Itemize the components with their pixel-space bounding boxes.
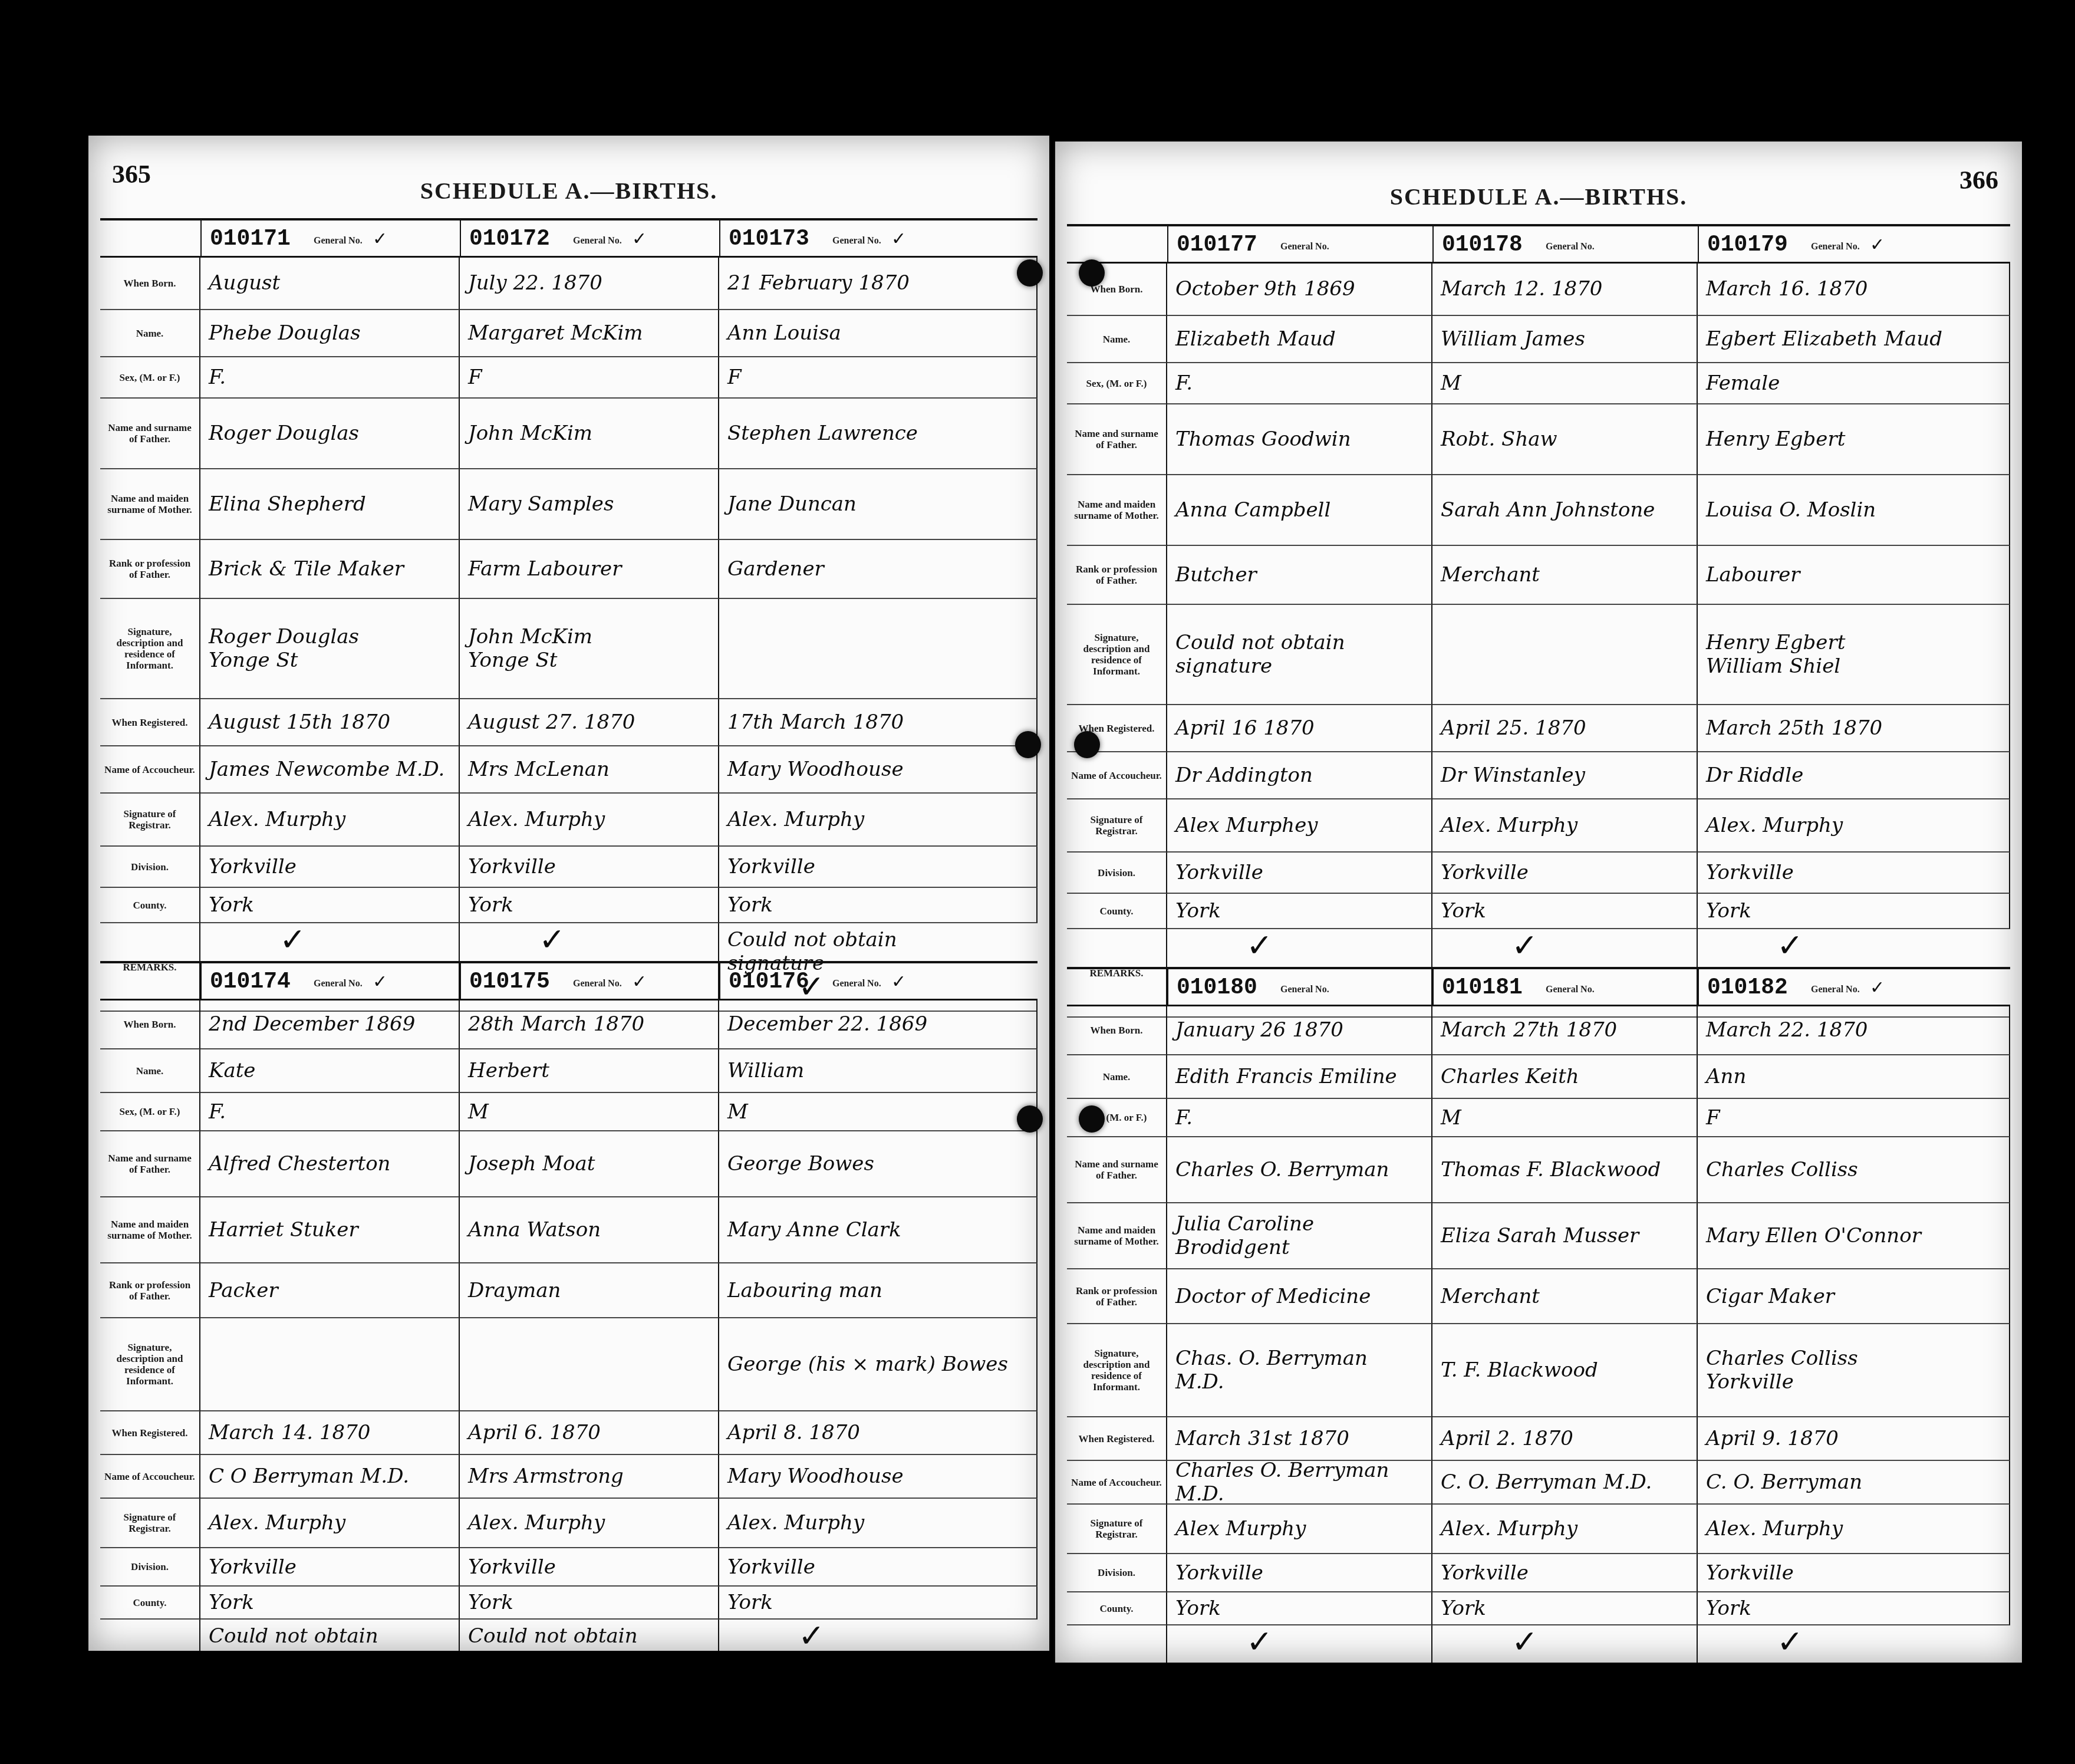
cell-name: Herbert xyxy=(460,1049,719,1093)
cell-remarks: ✓ xyxy=(719,1620,1037,1651)
cell-when-registered: April 16 1870 xyxy=(1167,705,1432,752)
row-label-county: County. xyxy=(100,1587,200,1620)
cell-when-born: 2nd December 1869 xyxy=(200,1000,460,1049)
cell-name: Phebe Douglas xyxy=(200,310,460,357)
row-label-father: Name and surname of Father. xyxy=(100,1131,200,1197)
cell-father: John McKim xyxy=(460,399,719,469)
register-grid: When Born.AugustJuly 22. 187021 February… xyxy=(100,257,1037,957)
cell-father-profession: Merchant xyxy=(1432,546,1698,605)
register-section: 010174General No.✓010175General No.✓0101… xyxy=(100,961,1037,1641)
row-label-accoucheur: Name of Accoucheur. xyxy=(100,746,200,794)
row-label-father-profession: Rank or profession of Father. xyxy=(100,540,200,599)
general-number-spacer xyxy=(100,220,200,256)
remarks-text: Could not obtain signature xyxy=(209,1624,378,1651)
cell-when-registered: August 15th 1870 xyxy=(200,699,460,746)
row-label-father: Name and surname of Father. xyxy=(100,399,200,469)
check-mark-icon: ✓ xyxy=(891,229,906,249)
general-number-row: 010171General No.✓010172General No.✓0101… xyxy=(100,220,1037,258)
cell-accoucheur: C. O. Berryman xyxy=(1698,1461,2010,1505)
cell-father-profession: Labourer xyxy=(1698,546,2010,605)
cell-accoucheur: Dr Winstanley xyxy=(1432,752,1698,799)
row-label-mother: Name and maiden surname of Mother. xyxy=(1067,1203,1167,1269)
cell-when-registered: March 14. 1870 xyxy=(200,1411,460,1455)
cell-name: Kate xyxy=(200,1049,460,1093)
register-grid: When Born.October 9th 1869March 12. 1870… xyxy=(1067,263,2010,963)
cell-father: Charles Colliss xyxy=(1698,1137,2010,1203)
cell-when-registered: March 25th 1870 xyxy=(1698,705,2010,752)
row-label-informant: Signature, description and residence of … xyxy=(1067,605,1167,705)
general-number: 010182 xyxy=(1707,975,1788,1001)
row-label-registrar: Signature of Registrar. xyxy=(100,794,200,847)
general-number: 010171 xyxy=(210,226,291,252)
general-number: 010175 xyxy=(469,969,550,995)
cell-accoucheur: Charles O. Berryman M.D. xyxy=(1167,1461,1432,1505)
row-label-sex: Sex, (M. or F.) xyxy=(100,1093,200,1131)
cell-father: George Bowes xyxy=(719,1131,1037,1197)
cell-name: William xyxy=(719,1049,1037,1093)
cell-division: Yorkville xyxy=(1432,1554,1698,1592)
cell-when-born: March 16. 1870 xyxy=(1698,263,2010,316)
cell-when-born: 28th March 1870 xyxy=(460,1000,719,1049)
row-label-accoucheur: Name of Accoucheur. xyxy=(1067,752,1167,799)
cell-mother: Mary Samples xyxy=(460,469,719,540)
cell-name: William James xyxy=(1432,316,1698,363)
cell-father: Thomas Goodwin xyxy=(1167,404,1432,475)
cell-registrar: Alex Murphy xyxy=(1167,1505,1432,1554)
cell-division: Yorkville xyxy=(1432,853,1698,894)
general-number-row: 010174General No.✓010175General No.✓0101… xyxy=(100,963,1037,1001)
cell-informant: T. F. Blackwood xyxy=(1432,1324,1698,1417)
remarks-text: Could not obtain signature xyxy=(468,1624,638,1651)
cell-remarks: ✓ xyxy=(1167,1625,1432,1663)
cell-accoucheur: Mary Woodhouse xyxy=(719,1455,1037,1499)
cell-when-registered: April 25. 1870 xyxy=(1432,705,1698,752)
cell-accoucheur: Dr Addington xyxy=(1167,752,1432,799)
cell-when-registered: April 8. 1870 xyxy=(719,1411,1037,1455)
cell-sex: F. xyxy=(1167,1099,1432,1137)
cell-father-profession: Drayman xyxy=(460,1263,719,1318)
cell-when-born: August xyxy=(200,257,460,310)
cell-father: Alfred Chesterton xyxy=(200,1131,460,1197)
cell-informant: George (his × mark) Bowes xyxy=(719,1318,1037,1411)
check-mark-icon: ✓ xyxy=(891,972,906,992)
cell-sex: M xyxy=(719,1093,1037,1131)
row-label-registrar: Signature of Registrar. xyxy=(1067,799,1167,853)
cell-informant: Roger Douglas Yonge St xyxy=(200,599,460,699)
row-label-remarks: REMARKS. xyxy=(1067,1625,1167,1663)
cell-county: York xyxy=(1167,894,1432,929)
cell-mother: Mary Ellen O'Connor xyxy=(1698,1203,2010,1269)
row-label-informant: Signature, description and residence of … xyxy=(100,1318,200,1411)
row-label-father-profession: Rank or profession of Father. xyxy=(100,1263,200,1318)
cell-county: York xyxy=(1698,894,2010,929)
cell-registrar: Alex. Murphy xyxy=(1432,799,1698,853)
cell-father-profession: Gardener xyxy=(719,540,1037,599)
cell-when-registered: April 9. 1870 xyxy=(1698,1417,2010,1461)
row-label-father: Name and surname of Father. xyxy=(1067,404,1167,475)
check-mark-icon: ✓ xyxy=(632,972,647,992)
general-number-cell: 010174General No.✓ xyxy=(200,963,460,999)
cell-registrar: Alex. Murphy xyxy=(719,1499,1037,1548)
cell-when-born: October 9th 1869 xyxy=(1167,263,1432,316)
cell-registrar: Alex. Murphy xyxy=(200,794,460,847)
row-label-name: Name. xyxy=(100,1049,200,1093)
register-section: 010177General No.010178General No.010179… xyxy=(1067,224,2010,963)
row-label-mother: Name and maiden surname of Mother. xyxy=(1067,475,1167,546)
general-number: 010181 xyxy=(1442,975,1523,1001)
general-number-label: General No. xyxy=(1280,242,1329,252)
cell-informant: Henry Egbert William Shiel xyxy=(1698,605,2010,705)
cell-county: York xyxy=(200,888,460,923)
cell-county: York xyxy=(1167,1592,1432,1625)
row-label-when-born: When Born. xyxy=(100,1000,200,1049)
cell-sex: Female xyxy=(1698,363,2010,404)
general-number: 010179 xyxy=(1707,232,1788,258)
row-label-name: Name. xyxy=(1067,1055,1167,1099)
general-number: 010178 xyxy=(1442,232,1523,258)
check-mark-icon: ✓ xyxy=(1870,978,1885,998)
row-label-county: County. xyxy=(1067,894,1167,929)
cell-father-profession: Merchant xyxy=(1432,1269,1698,1324)
cell-when-born: 21 February 1870 xyxy=(719,257,1037,310)
cell-accoucheur: James Newcombe M.D. xyxy=(200,746,460,794)
cell-sex: F xyxy=(1698,1099,2010,1137)
cell-mother: Julia Caroline Brodidgent xyxy=(1167,1203,1432,1269)
binding-hole xyxy=(1074,731,1100,758)
general-number-label: General No. xyxy=(1280,985,1329,995)
row-label-name: Name. xyxy=(1067,316,1167,363)
cell-division: Yorkville xyxy=(200,1548,460,1587)
cell-father: Henry Egbert xyxy=(1698,404,2010,475)
general-number: 010176 xyxy=(729,969,809,995)
row-label-when-registered: When Registered. xyxy=(1067,1417,1167,1461)
cell-accoucheur: C O Berryman M.D. xyxy=(200,1455,460,1499)
general-number-cell: 010177General No. xyxy=(1167,226,1432,262)
general-number-spacer xyxy=(100,963,200,999)
general-number-cell: 010179General No.✓ xyxy=(1698,226,2010,262)
check-mark-icon: ✓ xyxy=(1511,1630,1538,1654)
row-label-informant: Signature, description and residence of … xyxy=(100,599,200,699)
binding-hole xyxy=(1017,259,1043,287)
cell-registrar: Alex. Murphy xyxy=(200,1499,460,1548)
cell-informant xyxy=(719,599,1037,699)
cell-registrar: Alex. Murphy xyxy=(1432,1505,1698,1554)
cell-mother: Elina Shepherd xyxy=(200,469,460,540)
cell-registrar: Alex. Murphy xyxy=(719,794,1037,847)
cell-name: Edith Francis Emiline xyxy=(1167,1055,1432,1099)
cell-division: Yorkville xyxy=(200,847,460,888)
cell-when-born: July 22. 1870 xyxy=(460,257,719,310)
row-label-accoucheur: Name of Accoucheur. xyxy=(1067,1461,1167,1505)
cell-accoucheur: Mary Woodhouse xyxy=(719,746,1037,794)
cell-registrar: Alex Murphey xyxy=(1167,799,1432,853)
cell-division: Yorkville xyxy=(460,1548,719,1587)
cell-county: York xyxy=(200,1587,460,1620)
cell-division: Yorkville xyxy=(1698,1554,2010,1592)
cell-remarks: Could not obtain signature✓ xyxy=(200,1620,460,1651)
right-page: 366SCHEDULE A.—BIRTHS.010177General No.0… xyxy=(1055,141,2022,1663)
row-label-accoucheur: Name of Accoucheur. xyxy=(100,1455,200,1499)
cell-father: Charles O. Berryman xyxy=(1167,1137,1432,1203)
check-mark-icon: ✓ xyxy=(1870,235,1885,255)
row-label-division: Division. xyxy=(1067,853,1167,894)
row-label-when-registered: When Registered. xyxy=(100,699,200,746)
cell-name: Ann Louisa xyxy=(719,310,1037,357)
cell-mother: Mary Anne Clark xyxy=(719,1197,1037,1263)
check-mark-icon: ✓ xyxy=(373,972,387,992)
cell-mother: Louisa O. Moslin xyxy=(1698,475,2010,546)
general-number-cell: 010181General No. xyxy=(1432,969,1698,1005)
cell-registrar: Alex. Murphy xyxy=(460,794,719,847)
binding-hole xyxy=(1017,1105,1043,1133)
general-number: 010173 xyxy=(729,226,809,252)
cell-sex: F. xyxy=(200,1093,460,1131)
cell-division: Yorkville xyxy=(460,847,719,888)
cell-county: York xyxy=(460,1587,719,1620)
cell-when-registered: August 27. 1870 xyxy=(460,699,719,746)
cell-sex: F. xyxy=(1167,363,1432,404)
binding-hole xyxy=(1079,1105,1105,1133)
cell-registrar: Alex. Murphy xyxy=(1698,1505,2010,1554)
cell-county: York xyxy=(719,888,1037,923)
row-label-father: Name and surname of Father. xyxy=(1067,1137,1167,1203)
general-number: 010177 xyxy=(1177,232,1257,258)
cell-father-profession: Brick & Tile Maker xyxy=(200,540,460,599)
check-mark-icon: ✓ xyxy=(632,229,647,249)
check-mark-icon: ✓ xyxy=(1777,1630,1803,1654)
row-label-when-registered: When Registered. xyxy=(100,1411,200,1455)
cell-accoucheur: C. O. Berryman M.D. xyxy=(1432,1461,1698,1505)
row-label-division: Division. xyxy=(100,1548,200,1587)
row-label-sex: Sex, (M. or F.) xyxy=(1067,363,1167,404)
cell-informant xyxy=(200,1318,460,1411)
cell-when-registered: 17th March 1870 xyxy=(719,699,1037,746)
general-number-label: General No. xyxy=(1811,985,1860,995)
cell-informant: Could not obtain signature xyxy=(1167,605,1432,705)
row-label-informant: Signature, description and residence of … xyxy=(1067,1324,1167,1417)
general-number-label: General No. xyxy=(314,236,363,246)
cell-remarks: ✓ xyxy=(1432,1625,1698,1663)
left-page: 365SCHEDULE A.—BIRTHS.010171General No.✓… xyxy=(88,136,1049,1651)
general-number-spacer xyxy=(1067,226,1167,262)
cell-division: Yorkville xyxy=(1167,1554,1432,1592)
cell-county: York xyxy=(460,888,719,923)
cell-father-profession: Farm Labourer xyxy=(460,540,719,599)
cell-father: Roger Douglas xyxy=(200,399,460,469)
cell-division: Yorkville xyxy=(1698,853,2010,894)
general-number-label: General No. xyxy=(573,979,622,989)
cell-sex: M xyxy=(460,1093,719,1131)
cell-informant: John McKim Yonge St xyxy=(460,599,719,699)
cell-name: Ann xyxy=(1698,1055,2010,1099)
general-number-cell: 010172General No.✓ xyxy=(460,220,719,256)
general-number: 010172 xyxy=(469,226,550,252)
cell-division: Yorkville xyxy=(719,1548,1037,1587)
general-number-cell: 010176General No.✓ xyxy=(719,963,1037,999)
general-number-row: 010177General No.010178General No.010179… xyxy=(1067,226,2010,264)
cell-when-born: March 27th 1870 xyxy=(1432,1006,1698,1055)
schedule-title: SCHEDULE A.—BIRTHS. xyxy=(88,177,1049,205)
cell-father-profession: Labouring man xyxy=(719,1263,1037,1318)
cell-informant xyxy=(1432,605,1698,705)
register-section: 010171General No.✓010172General No.✓0101… xyxy=(100,218,1037,957)
schedule-title: SCHEDULE A.—BIRTHS. xyxy=(1055,183,2022,210)
cell-informant xyxy=(460,1318,719,1411)
check-mark-icon: ✓ xyxy=(539,928,565,952)
cell-father: Joseph Moat xyxy=(460,1131,719,1197)
cell-father-profession: Cigar Maker xyxy=(1698,1269,2010,1324)
general-number-label: General No. xyxy=(573,236,622,246)
general-number-cell: 010178General No. xyxy=(1432,226,1698,262)
general-number-label: General No. xyxy=(1546,242,1595,252)
check-mark-icon: ✓ xyxy=(1777,934,1803,957)
cell-informant: Chas. O. Berryman M.D. xyxy=(1167,1324,1432,1417)
general-number-cell: 010175General No.✓ xyxy=(460,963,719,999)
cell-mother: Anna Campbell xyxy=(1167,475,1432,546)
cell-when-registered: April 2. 1870 xyxy=(1432,1417,1698,1461)
cell-mother: Eliza Sarah Musser xyxy=(1432,1203,1698,1269)
cell-county: York xyxy=(1432,1592,1698,1625)
cell-informant: Charles Colliss Yorkville xyxy=(1698,1324,2010,1417)
row-label-county: County. xyxy=(100,888,200,923)
general-number-label: General No. xyxy=(1811,242,1860,252)
cell-accoucheur: Mrs McLenan xyxy=(460,746,719,794)
general-number: 010180 xyxy=(1177,975,1257,1001)
cell-father: Robt. Shaw xyxy=(1432,404,1698,475)
general-number-label: General No. xyxy=(314,979,363,989)
cell-accoucheur: Dr Riddle xyxy=(1698,752,2010,799)
cell-when-born: March 12. 1870 xyxy=(1432,263,1698,316)
cell-name: Egbert Elizabeth Maud xyxy=(1698,316,2010,363)
row-label-mother: Name and maiden surname of Mother. xyxy=(100,469,200,540)
cell-name: Elizabeth Maud xyxy=(1167,316,1432,363)
check-mark-icon: ✓ xyxy=(373,229,387,249)
cell-sex: M xyxy=(1432,363,1698,404)
cell-father: Stephen Lawrence xyxy=(719,399,1037,469)
cell-father: Thomas F. Blackwood xyxy=(1432,1137,1698,1203)
cell-remarks: Could not obtain signature✓ xyxy=(460,1620,719,1651)
register-grid: When Born.2nd December 186928th March 18… xyxy=(100,1000,1037,1641)
cell-name: Charles Keith xyxy=(1432,1055,1698,1099)
row-label-division: Division. xyxy=(100,847,200,888)
row-label-sex: Sex, (M. or F.) xyxy=(100,357,200,399)
row-label-registrar: Signature of Registrar. xyxy=(100,1499,200,1548)
cell-sex: F xyxy=(460,357,719,399)
cell-county: York xyxy=(719,1587,1037,1620)
register-grid: When Born.January 26 1870March 27th 1870… xyxy=(1067,1006,2010,1647)
row-label-remarks: REMARKS. xyxy=(100,1620,200,1651)
row-label-when-born: When Born. xyxy=(100,257,200,310)
general-number-label: General No. xyxy=(832,979,881,989)
check-mark-icon: ✓ xyxy=(1511,934,1538,957)
check-mark-icon: ✓ xyxy=(279,928,306,952)
cell-father-profession: Packer xyxy=(200,1263,460,1318)
general-number-cell: 010180General No. xyxy=(1167,969,1432,1005)
cell-sex: F xyxy=(719,357,1037,399)
cell-when-registered: March 31st 1870 xyxy=(1167,1417,1432,1461)
cell-remarks: ✓ xyxy=(1698,1625,2010,1663)
general-number-cell: 010171General No.✓ xyxy=(200,220,460,256)
cell-accoucheur: Mrs Armstrong xyxy=(460,1455,719,1499)
row-label-registrar: Signature of Registrar. xyxy=(1067,1505,1167,1554)
general-number-label: General No. xyxy=(1546,985,1595,995)
general-number-cell: 010182General No.✓ xyxy=(1698,969,2010,1005)
cell-county: York xyxy=(1698,1592,2010,1625)
register-section: 010180General No.010181General No.010182… xyxy=(1067,967,2010,1647)
cell-mother: Sarah Ann Johnstone xyxy=(1432,475,1698,546)
cell-when-born: December 22. 1869 xyxy=(719,1000,1037,1049)
cell-division: Yorkville xyxy=(1167,853,1432,894)
cell-when-born: March 22. 1870 xyxy=(1698,1006,2010,1055)
cell-county: York xyxy=(1432,894,1698,929)
row-label-county: County. xyxy=(1067,1592,1167,1625)
cell-when-born: January 26 1870 xyxy=(1167,1006,1432,1055)
general-number-row: 010180General No.010181General No.010182… xyxy=(1067,969,2010,1006)
general-number-cell: 010173General No.✓ xyxy=(719,220,1037,256)
cell-registrar: Alex. Murphy xyxy=(1698,799,2010,853)
check-mark-icon: ✓ xyxy=(1246,1630,1273,1654)
cell-father-profession: Doctor of Medicine xyxy=(1167,1269,1432,1324)
cell-when-registered: April 6. 1870 xyxy=(460,1411,719,1455)
cell-father-profession: Butcher xyxy=(1167,546,1432,605)
row-label-division: Division. xyxy=(1067,1554,1167,1592)
binding-hole xyxy=(1015,731,1041,758)
general-number-spacer xyxy=(1067,969,1167,1005)
row-label-when-born: When Born. xyxy=(1067,1006,1167,1055)
row-label-father-profession: Rank or profession of Father. xyxy=(1067,546,1167,605)
row-label-name: Name. xyxy=(100,310,200,357)
cell-division: Yorkville xyxy=(719,847,1037,888)
general-number-label: General No. xyxy=(832,236,881,246)
check-mark-icon: ✓ xyxy=(1246,934,1273,957)
cell-mother: Harriet Stuker xyxy=(200,1197,460,1263)
cell-mother: Jane Duncan xyxy=(719,469,1037,540)
check-mark-icon: ✓ xyxy=(798,1624,825,1648)
cell-mother: Anna Watson xyxy=(460,1197,719,1263)
cell-sex: M xyxy=(1432,1099,1698,1137)
row-label-father-profession: Rank or profession of Father. xyxy=(1067,1269,1167,1324)
cell-registrar: Alex. Murphy xyxy=(460,1499,719,1548)
row-label-mother: Name and maiden surname of Mother. xyxy=(100,1197,200,1263)
cell-sex: F. xyxy=(200,357,460,399)
binding-hole xyxy=(1079,259,1105,287)
cell-name: Margaret McKim xyxy=(460,310,719,357)
general-number: 010174 xyxy=(210,969,291,995)
